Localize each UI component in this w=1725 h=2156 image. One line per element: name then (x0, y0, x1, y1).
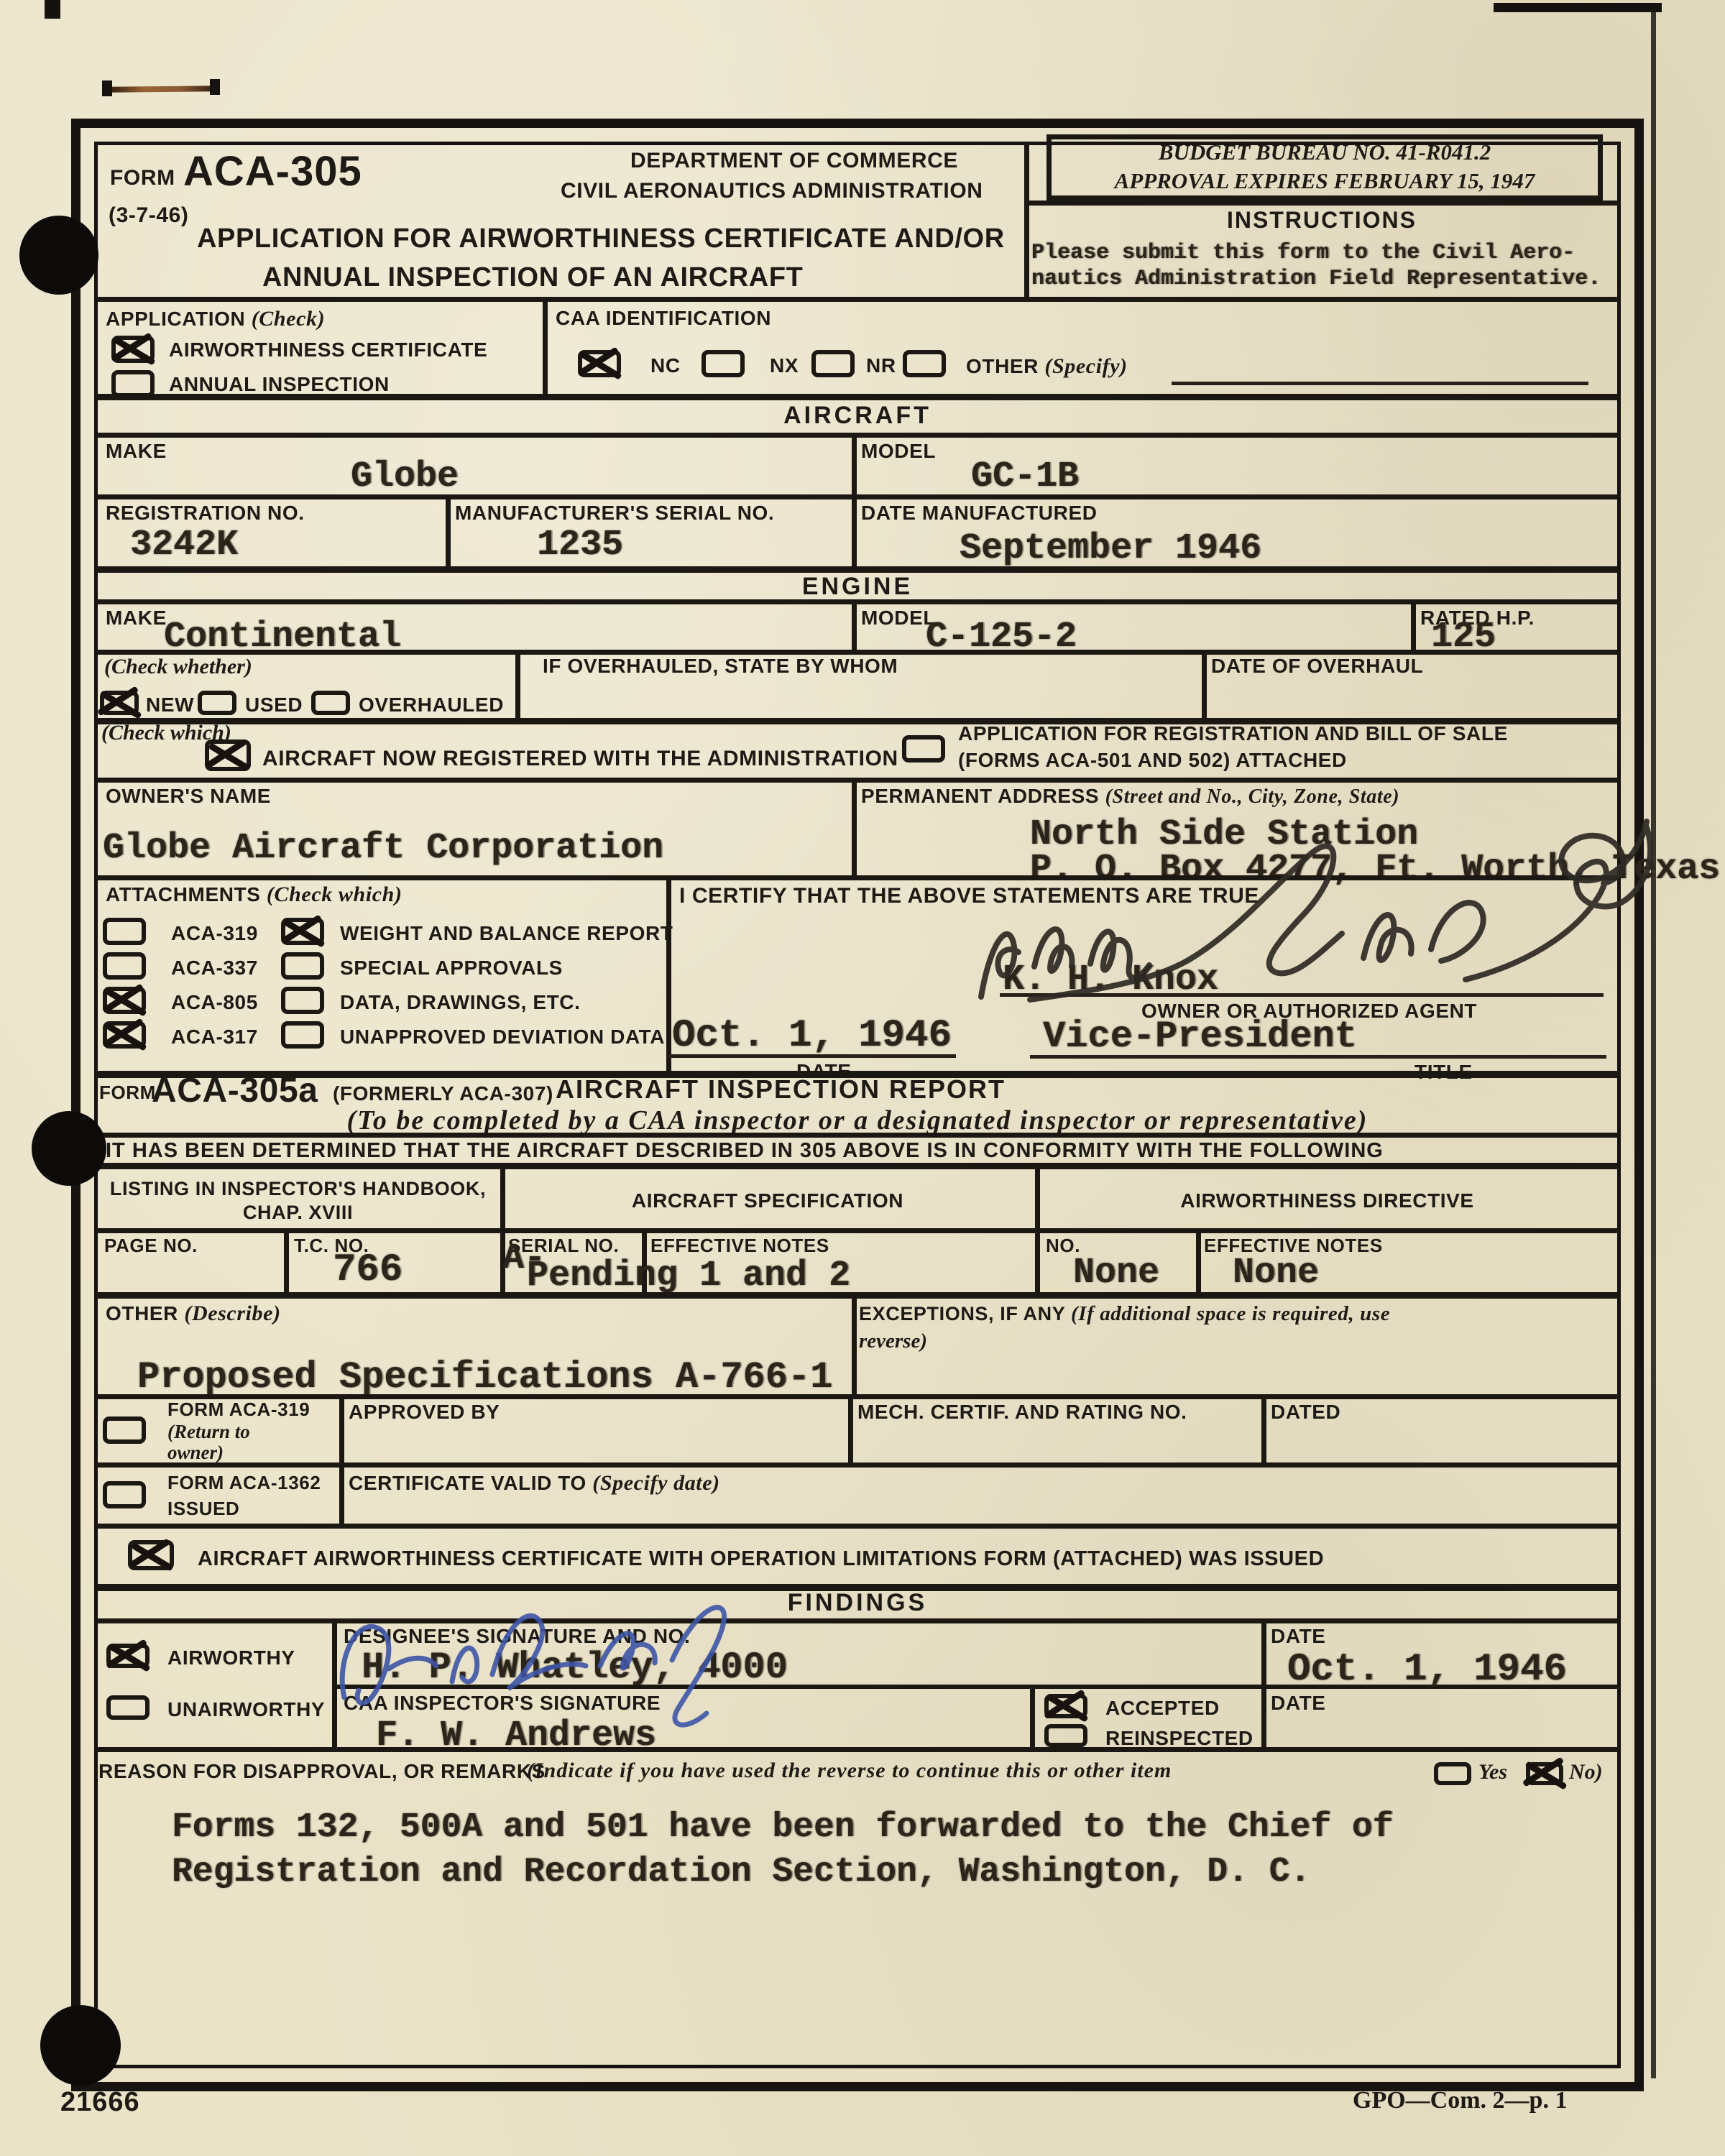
findings-date-label: DATE (1271, 1625, 1326, 1647)
form-title-line1: APPLICATION FOR AIRWORTHINESS CERTIFICAT… (197, 224, 1005, 254)
airworthy-label: AIRWORTHY (167, 1646, 295, 1669)
effective-notes2-value: None (1233, 1256, 1319, 1291)
header-bottom-rule (96, 297, 1619, 302)
page-no-label: PAGE NO. (104, 1235, 198, 1256)
owners-name-value: Globe Aircraft Corporation (103, 831, 663, 867)
punch-hole-top (19, 216, 98, 295)
report-title: AIRCRAFT INSPECTION REPORT (556, 1075, 1006, 1104)
scanned-form-page: FORM ACA-305 (3-7-46) DEPARTMENT OF COMM… (0, 0, 1725, 2156)
checkbox-aca-805 (103, 987, 146, 1014)
checkbox-weight-balance (281, 918, 324, 945)
checkbox-no (1526, 1762, 1563, 1785)
exceptions-label: EXCEPTIONS, IF ANY (If additional space … (859, 1303, 1390, 1326)
reason-plain: REASON FOR DISAPPROVAL, OR REMARKS (98, 1760, 546, 1782)
form-revision: (3-7-46) (109, 203, 189, 228)
other-label-italic: (Specify) (1044, 354, 1127, 378)
permanent-address-italic: (Street and No., City, Zone, State) (1105, 786, 1400, 808)
exceptions-italic-line1: (If additional space is required, use (1071, 1302, 1390, 1325)
col-listing-line2: CHAP. XVIII (96, 1202, 500, 1223)
checkbox-yes (1434, 1762, 1471, 1785)
aircraft-model-label: MODEL (861, 440, 936, 462)
other-describe-label: OTHER (Describe) (106, 1302, 281, 1325)
checkbox-bill-of-sale (902, 735, 945, 763)
form319-divider1 (339, 1394, 344, 1462)
checkbox-nx (701, 350, 745, 377)
checkbox-aca-337 (103, 952, 146, 980)
if-overhauled-label: IF OVERHAULED, STATE BY WHOM (543, 655, 898, 677)
findings-date-divider (1261, 1618, 1266, 1747)
nx-label: NX (770, 354, 799, 377)
application-label-italic: (Check) (252, 307, 326, 331)
checkbox-accepted (1044, 1694, 1087, 1718)
scan-corner-mark (45, 0, 60, 19)
registration-serial-divider (446, 494, 451, 566)
scan-edge-bar-top-right (1494, 3, 1662, 12)
checkbox-airworthiness-certificate (111, 336, 155, 363)
table-header-rule (96, 1228, 1619, 1233)
no-label: No) (1569, 1760, 1603, 1784)
designee-signature-ink (304, 1570, 807, 1742)
report-subtitle-rule (96, 1133, 1619, 1138)
yes-label: Yes (1478, 1760, 1507, 1784)
certificate-valid-label: CERTIFICATE VALID TO (Specify date) (349, 1471, 720, 1495)
certificate-valid-plain: CERTIFICATE VALID TO (349, 1472, 592, 1494)
checkbox-reinspected (1044, 1724, 1087, 1747)
checkbox-nc (578, 350, 621, 377)
staple-mark (108, 86, 217, 93)
unapproved-deviation-label: UNAPPROVED DEVIATION DATA (340, 1026, 665, 1048)
form-title-line2: ANNUAL INSPECTION OF AN AIRCRAFT (262, 262, 803, 293)
aca-805-label: ACA-805 (171, 991, 258, 1013)
dated-label: DATED (1271, 1401, 1340, 1423)
bill-of-sale-line2: (FORMS ACA-501 AND 502) ATTACHED (958, 749, 1347, 771)
report-subtitle: (To be completed by a CAA inspector or a… (96, 1106, 1619, 1136)
engine-make-model-divider (852, 599, 857, 650)
department-line1: DEPARTMENT OF COMMERCE (630, 149, 958, 173)
aircraft-make-label: MAKE (106, 440, 167, 462)
overhauled-label: OVERHAULED (359, 694, 504, 716)
attachments-certify-divider (666, 875, 671, 1071)
checkbox-aca-317 (103, 1021, 146, 1049)
form319-divider2 (848, 1394, 853, 1462)
other-label-plain: OTHER (966, 355, 1044, 377)
checkbox-form-aca-319 (103, 1416, 146, 1444)
determination-text: IT HAS BEEN DETERMINED THAT THE AIRCRAFT… (106, 1139, 1384, 1162)
date-manufactured-label: DATE MANUFACTURED (861, 502, 1098, 524)
remarks-line1: Forms 132, 500A and 501 have been forwar… (172, 1810, 1393, 1845)
title-line (1030, 1055, 1606, 1059)
attachments-label: ATTACHMENTS (Check which) (106, 883, 402, 906)
instructions-line2: nautics Administration Field Representat… (1031, 268, 1601, 290)
accepted-label: ACCEPTED (1105, 1697, 1220, 1719)
permanent-address-label: PERMANENT ADDRESS (Street and No., City,… (861, 785, 1399, 808)
checkbox-form-aca-1362 (103, 1481, 146, 1508)
report-form-word: FORM (99, 1082, 156, 1103)
checkwhich-bottom-rule (96, 778, 1619, 783)
form1362-divider (339, 1462, 344, 1524)
application-label-plain: APPLICATION (106, 308, 252, 330)
new-label: NEW (146, 694, 194, 716)
col-aircraft-spec: AIRCRAFT SPECIFICATION (500, 1189, 1035, 1212)
report-form-number: ACA-305a (152, 1072, 318, 1110)
reason-italic: (Indicate if you have used the reverse t… (527, 1759, 1172, 1782)
form-aca-1362-issued: ISSUED (167, 1498, 239, 1519)
return-to-line2: owner) (167, 1442, 224, 1464)
other-exceptions-divider (852, 1292, 857, 1394)
staple-end-left (102, 80, 112, 96)
manufacturers-serial-label: MANUFACTURER'S SERIAL NO. (455, 502, 774, 524)
budget-line1: BUDGET BUREAU NO. 41-R041.2 (1046, 140, 1603, 165)
engine-model-label: MODEL (861, 607, 936, 629)
footer-gpo-note: GPO—Com. 2—p. 1 (1353, 2088, 1567, 2113)
aca-337-label: ACA-337 (171, 957, 258, 979)
accepted-cell-divider (1030, 1685, 1035, 1747)
engine-make-label: MAKE (106, 607, 167, 629)
engine-strip-bottom-rule (96, 599, 1619, 604)
registered-label: AIRCRAFT NOW REGISTERED WITH THE ADMINIS… (262, 747, 898, 771)
serial-date-divider (852, 494, 857, 566)
punch-hole-bottom (40, 2005, 121, 2086)
remarks-line2: Registration and Recordation Section, Wa… (172, 1855, 1310, 1889)
checkbox-unapproved-deviation (281, 1021, 324, 1049)
checkbox-unairworthy (106, 1695, 149, 1720)
aircraft-strip-bottom-rule (96, 433, 1619, 438)
attachments-label-italic: (Check which) (267, 883, 402, 906)
checkbox-airworthy (106, 1644, 149, 1668)
weight-balance-label: WEIGHT AND BALANCE REPORT (340, 922, 673, 944)
checkwhether-overhauled-divider (515, 650, 520, 718)
checkbox-registered (205, 740, 251, 771)
engine-model-hp-divider (1411, 599, 1416, 650)
owners-name-label: OWNER'S NAME (106, 785, 271, 807)
data-drawings-label: DATA, DRAWINGS, ETC. (340, 991, 581, 1013)
approved-by-label: APPROVED BY (349, 1401, 500, 1423)
form-aca-319-label: FORM ACA-319 (167, 1399, 310, 1420)
checkbox-overhauled (311, 691, 350, 715)
certificate-valid-italic: (Specify date) (592, 1471, 720, 1495)
effective-notes-label: EFFECTIVE NOTES (650, 1235, 829, 1256)
aircraft-strip-top-rule (96, 394, 1619, 400)
directive-no-value: None (1073, 1256, 1159, 1291)
tc-no-value: 766 (333, 1251, 402, 1290)
return-to-line1: (Return to (167, 1422, 250, 1443)
department-line2: CIVIL AERONAUTICS ADMINISTRATION (561, 179, 983, 203)
engine-row1-rule (96, 650, 1619, 655)
checkbox-new (100, 691, 139, 715)
application-label: APPLICATION (Check) (106, 307, 325, 331)
owner-agent-signature (814, 811, 1720, 1034)
table-data-rule (96, 1292, 1619, 1299)
caa-identification-label: CAA IDENTIFICATION (556, 307, 771, 329)
checkbox-data-drawings (281, 987, 324, 1014)
other-describe-plain: OTHER (106, 1302, 184, 1325)
airworthiness-certificate-label: AIRWORTHINESS CERTIFICATE (169, 338, 487, 361)
reinspected-label: REINSPECTED (1105, 1727, 1253, 1749)
certification-date-line (668, 1054, 956, 1058)
registration-no-label: REGISTRATION NO. (106, 502, 305, 524)
other-label: OTHER (Specify) (966, 354, 1128, 378)
form-word: FORM (110, 166, 175, 190)
exceptions-italic-line2: reverse) (859, 1330, 927, 1353)
nc-label: NC (650, 354, 681, 377)
engine-section-title: ENGINE (96, 574, 1619, 599)
findings-date-value: Oct. 1, 1946 (1287, 1651, 1567, 1690)
overhauled-date-divider (1202, 650, 1207, 718)
staple-end-right (210, 79, 220, 95)
punch-hole-middle (32, 1111, 106, 1186)
table-col2-divider (1035, 1163, 1040, 1292)
form319-divider3 (1261, 1394, 1266, 1462)
instructions-line1: Please submit this form to the Civil Aer… (1031, 242, 1575, 264)
checkbox-special-approvals (281, 952, 324, 980)
determination-rule (96, 1163, 1619, 1169)
checkbox-other (903, 350, 946, 377)
date-of-overhaul-label: DATE OF OVERHAUL (1211, 655, 1423, 677)
registration-no-value: 3242K (130, 528, 238, 563)
aca-317-label: ACA-317 (171, 1026, 258, 1048)
checkbox-certificate-issued (128, 1540, 174, 1570)
checkbox-aca-319 (103, 918, 146, 945)
aircraft-section-title: AIRCRAFT (96, 403, 1619, 428)
manufacturers-serial-value: 1235 (537, 528, 623, 563)
page-tc-divider (284, 1228, 289, 1292)
form319-bottom-rule (96, 1462, 1619, 1468)
form1362-bottom-rule (96, 1524, 1619, 1529)
aircraft-make-model-divider (852, 433, 857, 494)
unairworthy-label: UNAIRWORTHY (167, 1698, 325, 1720)
aircraft-row1-rule (96, 494, 1619, 499)
report-formerly: (FORMERLY ACA-307) (333, 1082, 553, 1105)
aircraft-model-value: GC-1B (971, 459, 1079, 495)
other-specify-line (1172, 382, 1588, 385)
aca-319-label: ACA-319 (171, 922, 258, 944)
budget-box-bottom-rule (1024, 201, 1619, 206)
findings-bottom-rule (96, 1747, 1619, 1752)
exceptions-plain: EXCEPTIONS, IF ANY (859, 1303, 1071, 1325)
annual-inspection-label: ANNUAL INSPECTION (169, 373, 390, 395)
checkbox-nr (811, 350, 855, 377)
special-approvals-label: SPECIAL APPROVALS (340, 957, 563, 979)
check-whether-label: (Check whether) (104, 655, 252, 678)
other-describe-value: Proposed Specifications A-766-1 (137, 1359, 832, 1396)
certificate-issued-text: AIRCRAFT AIRWORTHINESS CERTIFICATE WITH … (198, 1547, 1324, 1570)
nr-label: NR (866, 354, 896, 377)
date-manufactured-value: September 1946 (960, 531, 1261, 567)
form-content: FORM ACA-305 (3-7-46) DEPARTMENT OF COMM… (96, 143, 1619, 2062)
attachments-label-plain: ATTACHMENTS (106, 883, 267, 906)
col-airworthiness-directive: AIRWORTHINESS DIRECTIVE (1035, 1189, 1619, 1212)
used-label: USED (245, 694, 303, 716)
aircraft-make-value: Globe (351, 459, 459, 495)
other-bottom-rule (96, 1394, 1619, 1399)
bill-of-sale-line1: APPLICATION FOR REGISTRATION AND BILL OF… (958, 722, 1508, 745)
instructions-title: INSTRUCTIONS (1024, 208, 1619, 234)
scan-edge-line-right (1651, 9, 1656, 2078)
form-number: ACA-305 (183, 149, 362, 195)
effective-notes-value: Pending 1 and 2 (527, 1258, 850, 1294)
col-listing-line1: LISTING IN INSPECTOR'S HANDBOOK, (96, 1178, 500, 1199)
mech-certif-label: MECH. CERTIF. AND RATING NO. (857, 1401, 1187, 1423)
footer-left-number: 21666 (60, 2088, 140, 2116)
permanent-address-plain: PERMANENT ADDRESS (861, 785, 1105, 807)
findings-date2-label: DATE (1271, 1692, 1326, 1714)
engine-strip-top-rule (96, 566, 1619, 573)
checkbox-used (198, 691, 236, 715)
other-describe-italic: (Describe) (184, 1302, 280, 1325)
budget-line2: APPROVAL EXPIRES FEBRUARY 15, 1947 (1046, 169, 1603, 193)
application-caa-divider (543, 297, 548, 394)
form-aca-1362-label: FORM ACA-1362 (167, 1473, 321, 1493)
no-effective2-divider (1196, 1228, 1201, 1292)
